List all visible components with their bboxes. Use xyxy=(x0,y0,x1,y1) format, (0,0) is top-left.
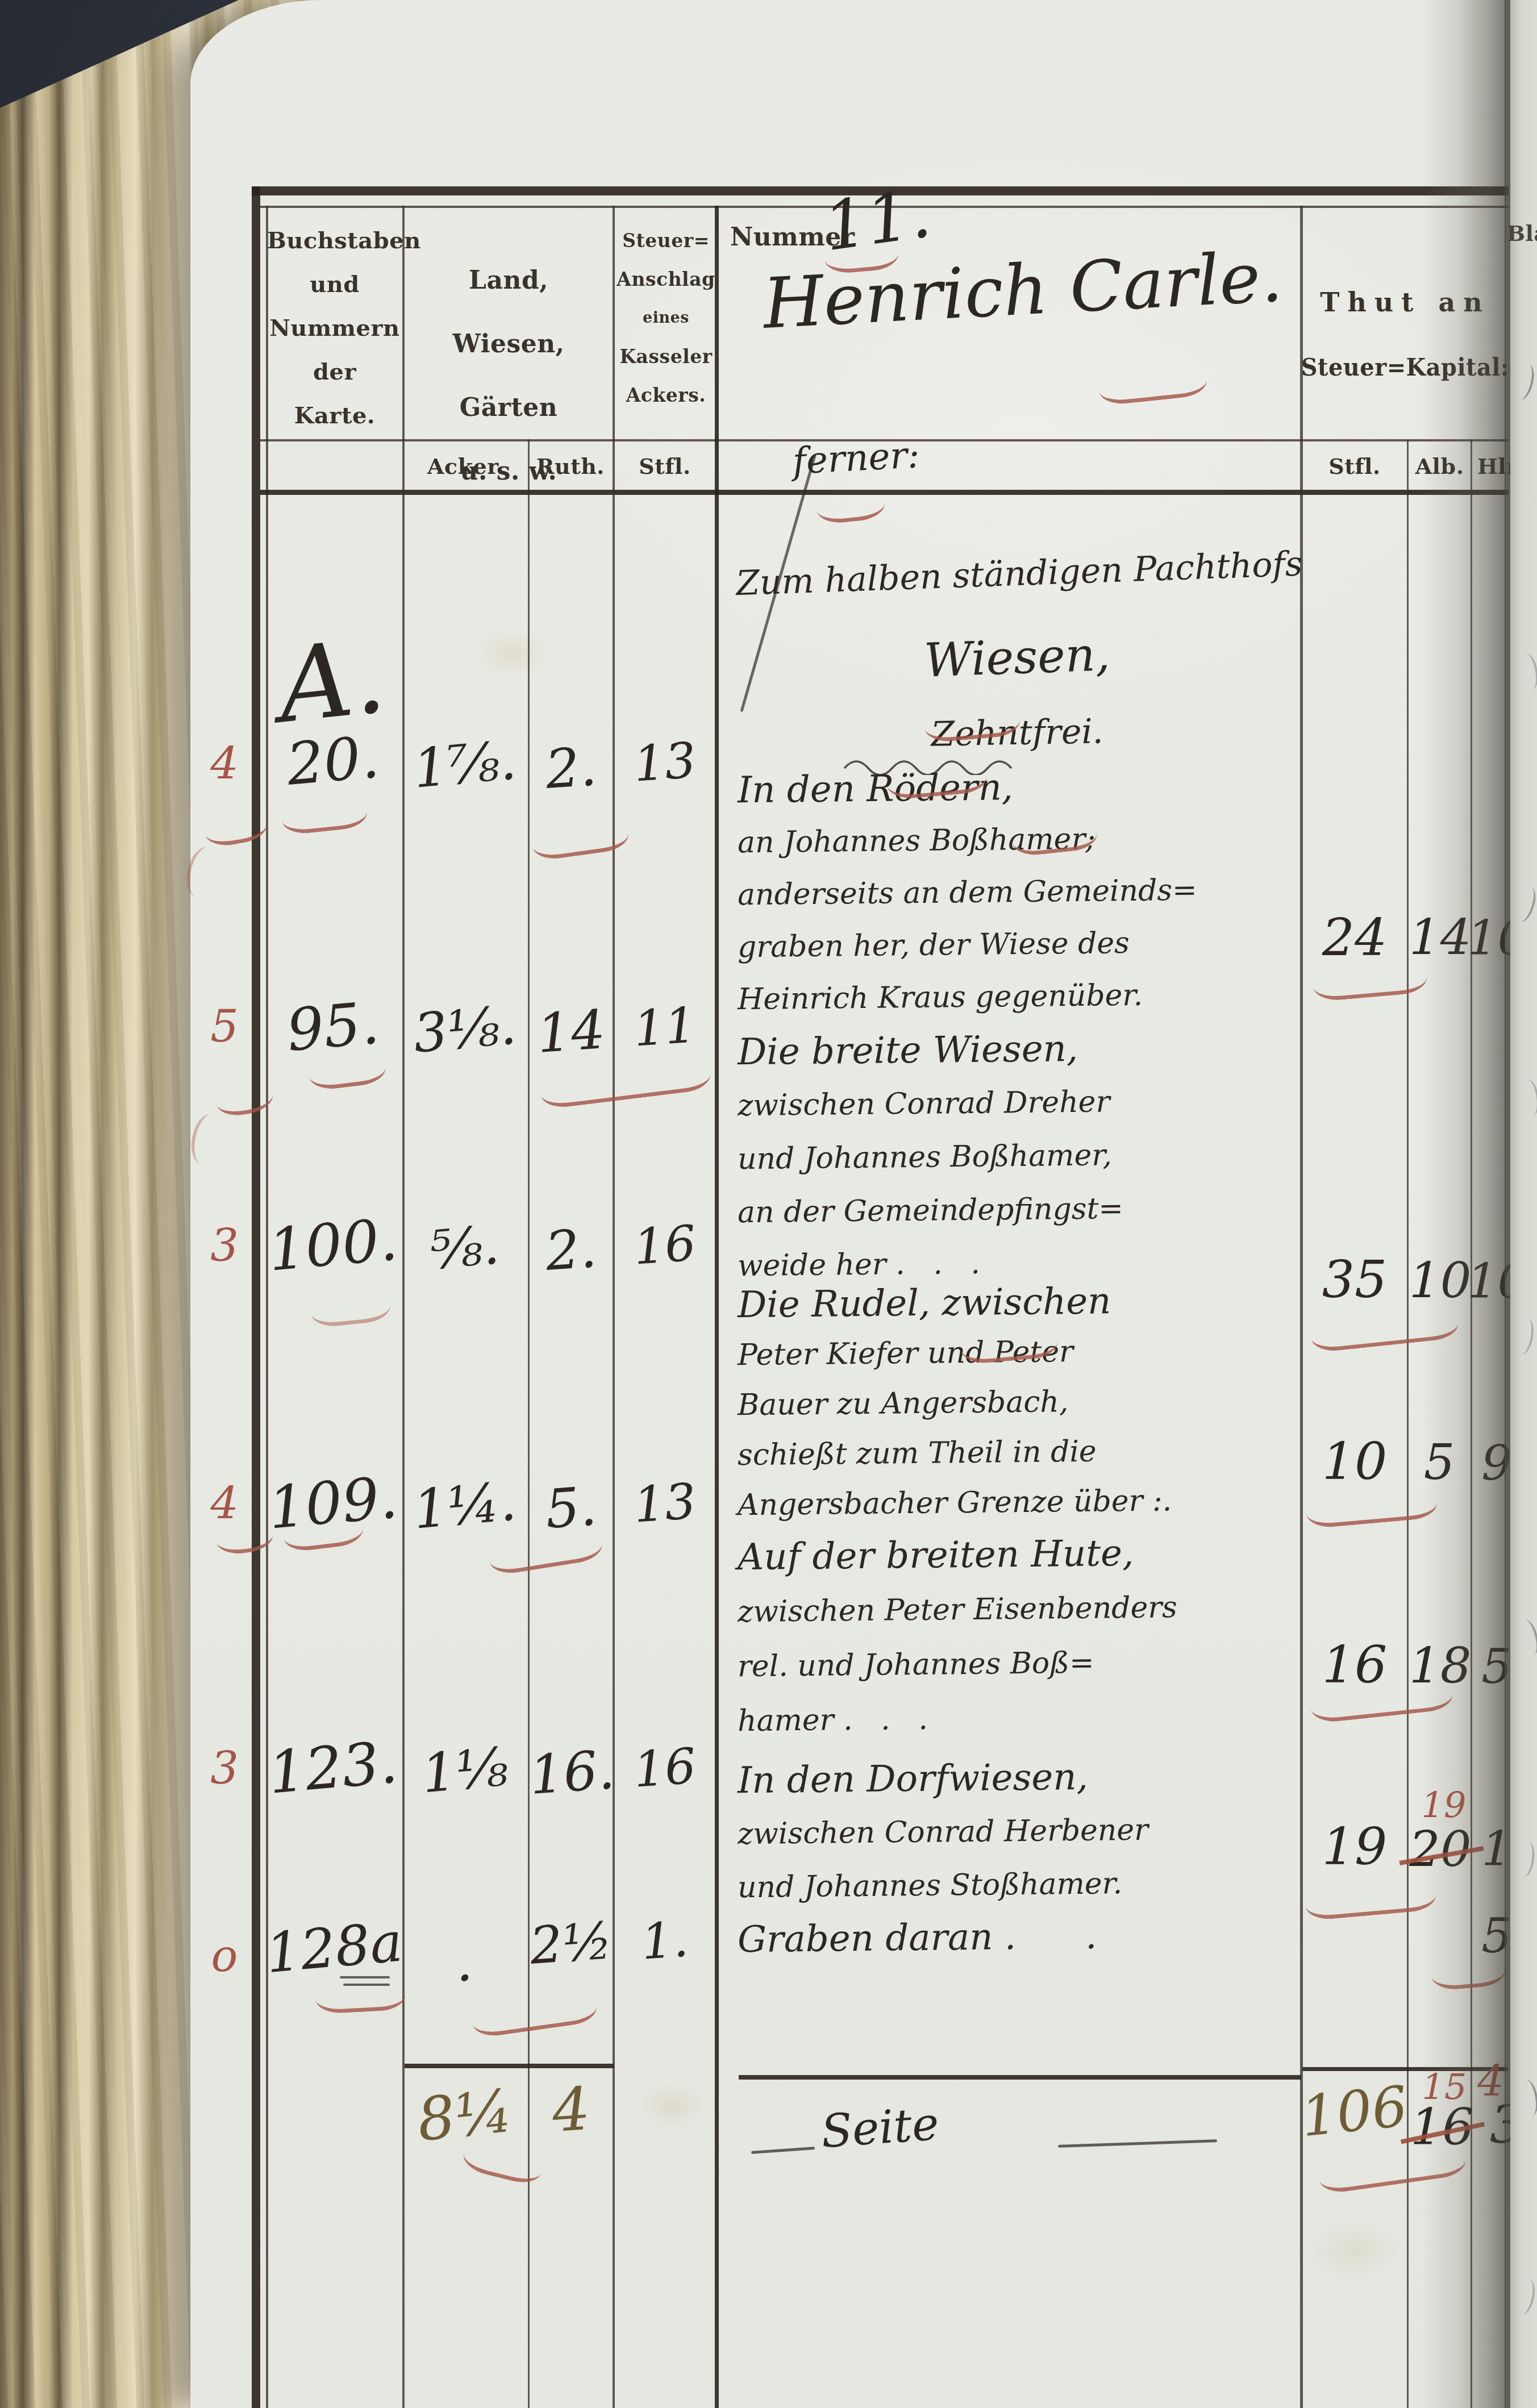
desc-line: Auf der breiten Hute, xyxy=(738,1524,1312,1585)
anschlag-value: 11 xyxy=(614,995,716,1059)
col-sep-ruth-stfl xyxy=(613,206,615,2408)
desc-line: Heinrich Kraus gegenüber. xyxy=(738,968,1312,1026)
header-line: und xyxy=(267,263,402,306)
margin-number: o xyxy=(199,1931,250,1982)
alb-correction: 19 xyxy=(1414,1784,1474,1826)
subheader-stfl: Stfl. xyxy=(615,453,715,479)
ruth-value: 2. xyxy=(527,1217,614,1284)
adjacent-page-sliver xyxy=(1510,0,1537,2408)
sum-rule-desc xyxy=(739,2075,1301,2080)
anschlag-value: 16 xyxy=(614,1736,716,1800)
ruth-value: 5. xyxy=(527,1474,614,1542)
acker-value: 1¼. xyxy=(402,1470,528,1542)
header-line: Kasseler xyxy=(616,338,716,376)
header-line: der xyxy=(267,350,402,394)
desc-line: und Johannes Stoßhamer. xyxy=(738,1855,1312,1915)
ruth-value: 2. xyxy=(527,735,614,802)
stfl-value: 24 xyxy=(1304,908,1405,968)
desc-line: Graben daran . . xyxy=(738,1907,1312,1967)
acker-value: 3⅛. xyxy=(402,994,528,1066)
parcel-description: In den Dorfwiesen, zwischen Conrad Herbe… xyxy=(738,1751,1311,1911)
header-line: eines xyxy=(616,299,716,338)
column-header-kapital-1: Thut an xyxy=(1302,287,1508,318)
header-line: Anschlag xyxy=(616,260,716,299)
ruth-value: 14 xyxy=(527,998,614,1066)
parcel-description: Auf der breiten Hute, zwischen Peter Eis… xyxy=(738,1527,1311,1745)
desc-line: Die Rudel, zwischen xyxy=(738,1274,1312,1331)
table-left-border xyxy=(252,186,260,2408)
total-ruth: 4 xyxy=(527,2072,615,2147)
acker-value: 1⅛ xyxy=(402,1735,528,1807)
header-line: Ackers. xyxy=(616,376,716,415)
header-line: Steuer= xyxy=(616,222,716,260)
column-header-anschlag: Steuer= Anschlag eines Kasseler Ackers. xyxy=(616,222,716,415)
subheader-alb: Alb. xyxy=(1409,453,1471,479)
double-underline-top xyxy=(340,1976,390,1978)
total-acker: 8¼ xyxy=(401,2074,528,2156)
desc-line: Bauer zu Angersbach, xyxy=(738,1374,1312,1431)
table-left-inner-rule xyxy=(266,206,268,2408)
column-header-kapital-2: Steuer=Kapital: xyxy=(1301,353,1510,381)
desc-line: schießt zum Theil in die xyxy=(738,1424,1312,1481)
binding-crease xyxy=(1505,0,1510,2408)
desc-line: In den Dorfwiesen, xyxy=(738,1748,1312,1808)
desc-line: an der Gemeindepfingst= xyxy=(738,1180,1312,1240)
karte-number: 123. xyxy=(263,1728,402,1807)
desc-line: zwischen Conrad Herbener xyxy=(738,1802,1312,1861)
alb-value: 18 xyxy=(1409,1638,1469,1694)
anschlag-value: 1. xyxy=(614,1909,716,1973)
ruth-value: 2½ xyxy=(528,1911,615,1976)
desc-line: zwischen Conrad Dreher xyxy=(738,1073,1312,1133)
column-header-karte: Buchstaben und Nummern der Karte. xyxy=(267,219,402,438)
header-line: Buchstaben xyxy=(267,219,402,263)
double-underline-bottom xyxy=(343,1984,390,1986)
alb-value: 14 xyxy=(1409,909,1469,966)
parcel-description: In den Rödern, an Johannes Boßhamer; and… xyxy=(738,761,1311,1023)
margin-number: 3 xyxy=(199,1743,250,1794)
desc-line: Angersbacher Grenze über :. xyxy=(738,1474,1312,1531)
margin-number: 5 xyxy=(199,1001,250,1052)
karte-number: 95. xyxy=(263,988,402,1066)
total-stfl: 106 xyxy=(1298,2074,1409,2150)
desc-line: zwischen Peter Eisenbenders xyxy=(738,1579,1312,1640)
desc-line: graben her, der Wiese des xyxy=(738,915,1312,974)
stfl-value: 19 xyxy=(1304,1817,1405,1877)
desc-line: anderseits an dem Gemeinds= xyxy=(738,863,1312,922)
subheader-stfl2: Stfl. xyxy=(1302,453,1407,479)
total-label-seite: Seite xyxy=(819,2097,940,2158)
header-line: Nummern xyxy=(267,306,402,350)
header-line: Land, xyxy=(405,249,613,313)
anschlag-value: 13 xyxy=(614,731,716,794)
parcel-description: Die breite Wiesen, zwischen Conrad Drehe… xyxy=(738,1023,1311,1290)
header-line: Karte. xyxy=(267,394,402,438)
alb-value: 10 xyxy=(1409,1252,1469,1309)
anschlag-value: 13 xyxy=(614,1472,716,1535)
sum-rule-acker-ruth xyxy=(405,2064,614,2068)
margin-number: 4 xyxy=(199,1478,250,1530)
ruth-value: 16. xyxy=(527,1739,614,1807)
stfl-value: 35 xyxy=(1304,1250,1405,1310)
desc-line: und Johannes Boßhamer, xyxy=(738,1127,1312,1186)
col-sep-karte xyxy=(402,206,405,2408)
acker-value: ⅝. xyxy=(402,1212,528,1284)
subheader-acker: Acker. xyxy=(405,453,527,479)
col-sep-anschlag-desc xyxy=(715,206,719,2408)
stfl-value: 16 xyxy=(1304,1635,1405,1695)
anschlag-value: 16 xyxy=(614,1214,716,1277)
desc-line: rel. und Johannes Boß= xyxy=(738,1634,1312,1694)
parcel-description: Die Rudel, zwischen Peter Kiefer und Pet… xyxy=(738,1277,1311,1527)
subheader-ferner: ferner: xyxy=(792,434,920,483)
wavy-underline xyxy=(841,756,1034,775)
karte-number: 20. xyxy=(263,722,402,801)
stfl-value: 10 xyxy=(1304,1432,1405,1492)
acker-value: 1⅞. xyxy=(402,729,528,801)
desc-line: hamer . . . xyxy=(738,1688,1312,1749)
margin-number: 3 xyxy=(199,1220,250,1272)
header-line: Wiesen, Gärten xyxy=(405,313,613,440)
karte-number: 100. xyxy=(263,1206,402,1285)
subheader-ruth: Ruth. xyxy=(528,453,613,479)
margin-number: 4 xyxy=(199,739,250,790)
parcel-description: Graben daran . . xyxy=(738,1910,1311,1964)
blatt-label-fragment: Blat xyxy=(1507,220,1537,246)
acker-value: . xyxy=(405,1932,525,1994)
alb-value: 5 xyxy=(1409,1434,1469,1491)
desc-line: Die breite Wiesen, xyxy=(738,1020,1312,1080)
karte-number: 128a xyxy=(264,1910,403,1985)
